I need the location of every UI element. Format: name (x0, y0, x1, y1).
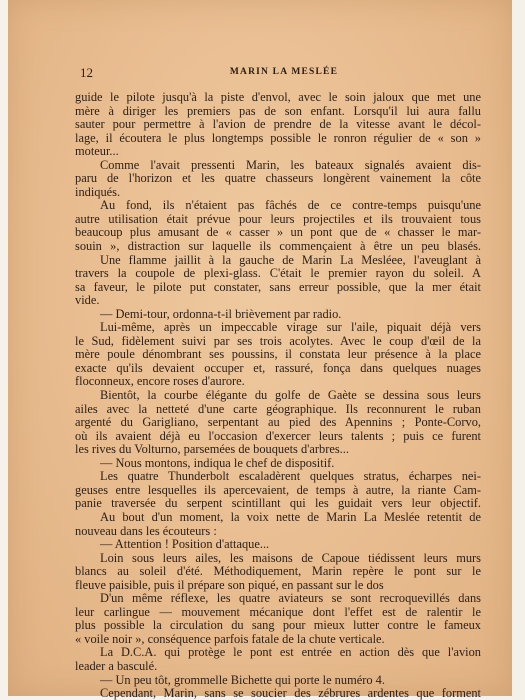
text-line: argenté du Garigliano, serpentant au pie… (75, 416, 481, 430)
text-line: Comme l'avait pressenti Marin, les batea… (75, 159, 481, 173)
running-title: MARIN LA MESLÉE (80, 67, 488, 77)
text-line: D'un même réflexe, les quatre aviateurs … (75, 592, 481, 606)
text-line: exacte qu'ils devaient occuper et, rassu… (75, 362, 481, 376)
text-line: blancs au soleil d'été. Méthodiquement, … (75, 565, 481, 579)
text-line: Une flamme jaillit à la gauche de Marin … (75, 254, 481, 268)
body-text: guide le pilote jusqu'à la piste d'envol… (75, 91, 481, 700)
text-line: leader a basculé. (75, 660, 481, 674)
text-line: moteur... (75, 145, 481, 159)
text-line: plus possible la circulation du sang pou… (75, 619, 481, 633)
text-line: Bientôt, la courbe élégante du golfe de … (75, 389, 481, 403)
text-line: ailes avec la netteté d'une carte géogra… (75, 403, 481, 417)
text-line: où ils avaient déjà eu l'occasion d'exer… (75, 430, 481, 444)
text-line: souin », distraction sur laquelle ils co… (75, 240, 481, 254)
text-line: nouveau dans les écouteurs : (75, 525, 481, 539)
text-line: travers la coupole de plexi-glass. C'éta… (75, 267, 481, 281)
text-line: mère poule dénombrant ses poussins, il c… (75, 348, 481, 362)
text-line: mère à diriger les premiers pas de son e… (75, 105, 481, 119)
text-line: Cependant, Marin, sans se soucier des zé… (75, 687, 481, 700)
text-line: — Demi-tour, ordonna-t-il brièvement par… (75, 308, 481, 322)
text-line: les rives du Volturno, parsemées de bouq… (75, 443, 481, 457)
text-line: indiqués. (75, 186, 481, 200)
text-line: Les quatre Thunderbolt escaladèrent quel… (75, 470, 481, 484)
text-line: le Sud, fidèlement suivi par ses trois a… (75, 335, 481, 349)
text-line: lage, il écoutera le plus longtemps poss… (75, 132, 481, 146)
text-line: Lui-même, après un impeccable virage sur… (75, 321, 481, 335)
text-line: beaucoup plus amusant de « casser » un p… (75, 226, 481, 240)
text-line: floconneux, encore roses d'aurore. (75, 375, 481, 389)
text-line: La D.C.A. qui protège le pont est entrée… (75, 646, 481, 660)
text-line: sa faveur, le pilote put constater, sans… (75, 281, 481, 295)
text-line: — Attention ! Position d'attaque... (75, 538, 481, 552)
text-line: — Un peu tôt, grommelle Bichette qui por… (75, 674, 481, 688)
text-line: « voile noir », conséquence parfois fata… (75, 633, 481, 647)
text-line: paru de l'horizon et les quatre chasseur… (75, 172, 481, 186)
text-line: Au bout d'un moment, la voix nette de Ma… (75, 511, 481, 525)
text-line: Loin sous leurs ailes, les maisons de Ca… (75, 552, 481, 566)
scan-margin (512, 0, 525, 700)
text-line: Au fond, ils n'étaient pas fâchés de ce … (75, 199, 481, 213)
text-line: leur carlingue — mouvement mécanique don… (75, 606, 481, 620)
text-line: geuses entre lesquelles ils apercevaient… (75, 484, 481, 498)
text-line: fleuve paisible, puis il prépare son piq… (75, 579, 481, 593)
page-header: 12 MARIN LA MESLÉE (80, 65, 488, 81)
text-line: autre utilisation était prévue pour leur… (75, 213, 481, 227)
text-line: — Nous montons, indiqua le chef de dispo… (75, 457, 481, 471)
text-line: guide le pilote jusqu'à la piste d'envol… (75, 91, 481, 105)
text-line: vide. (75, 294, 481, 308)
text-line: sauter pour permettre à l'avion de prend… (75, 118, 481, 132)
text-line: panie traversée du serpent scintillant q… (75, 497, 481, 511)
